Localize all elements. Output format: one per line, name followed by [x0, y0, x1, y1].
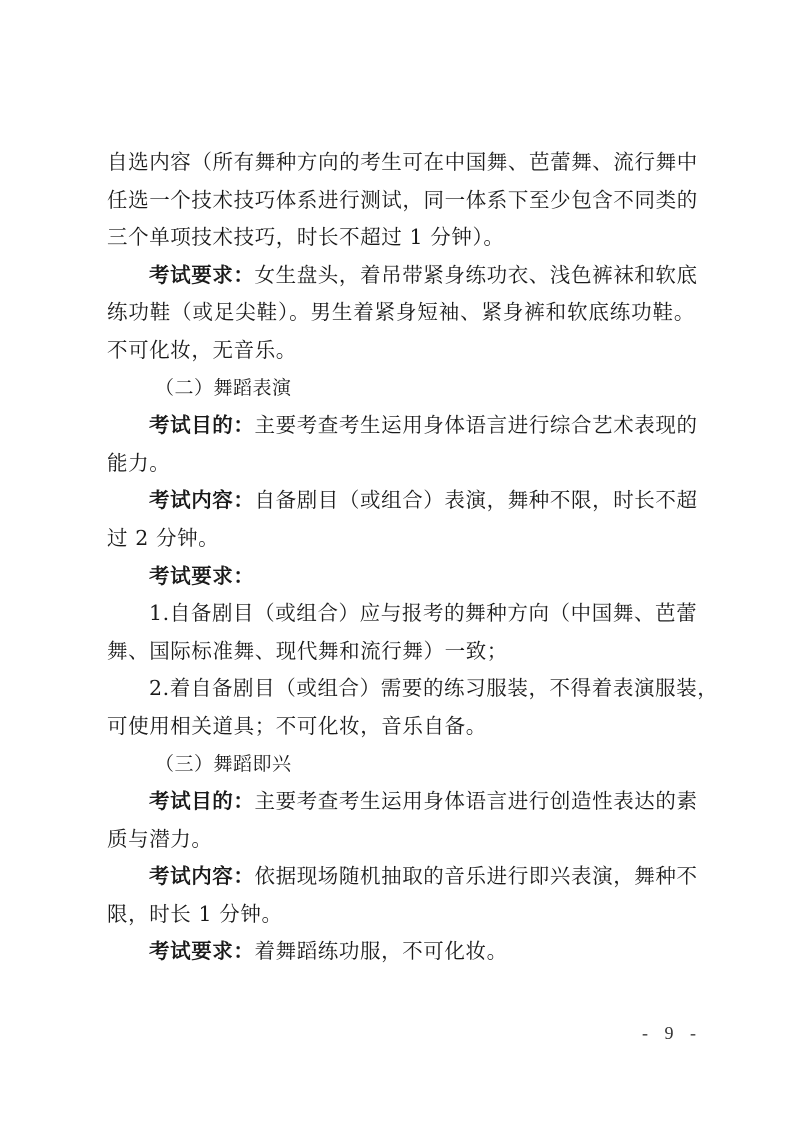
list-item-line: 可使用相关道具；不可化妆，音乐自备。: [107, 708, 695, 746]
label-exam-purpose: 考试目的：: [149, 789, 255, 813]
text-line: 质与潜力。: [107, 821, 695, 859]
paragraph-exam-purpose-2: 考试目的：主要考查考生运用身体语言进行综合艺术表现的 能力。: [107, 407, 695, 482]
label-exam-purpose: 考试目的：: [149, 413, 255, 437]
label-exam-requirements: 考试要求：: [107, 558, 695, 596]
label-exam-requirements: 考试要求：: [149, 263, 255, 287]
text-span: 主要考查考生运用身体语言进行创造性表达的素: [255, 789, 698, 813]
text-line: 自选内容（所有舞种方向的考生可在中国舞、芭蕾舞、流行舞中: [107, 144, 695, 182]
text-line: 考试要求：着舞蹈练功服，不可化妆。: [107, 933, 695, 971]
text-span: 依据现场随机抽取的音乐进行即兴表演，舞种不: [255, 864, 698, 888]
text-line: 不可化妆，无音乐。: [107, 332, 695, 370]
text-span: 自备剧目（或组合）表演，舞种不限，时长不超: [255, 488, 698, 512]
paragraph-exam-requirements-2: 考试要求： 1.自备剧目（或组合）应与报考的舞种方向（中国舞、芭蕾 舞、国际标准…: [107, 558, 695, 746]
text-line: 考试目的：主要考查考生运用身体语言进行创造性表达的素: [107, 783, 695, 821]
text-line: 考试要求：女生盘头，着吊带紧身练功衣、浅色裤袜和软底: [107, 257, 695, 295]
page-number: - 9 -: [642, 1023, 702, 1044]
paragraph-self-selected-content: 自选内容（所有舞种方向的考生可在中国舞、芭蕾舞、流行舞中 任选一个技术技巧体系进…: [107, 144, 695, 257]
label-exam-requirements: 考试要求：: [149, 939, 255, 963]
text-line: 三个单项技术技巧，时长不超过 1 分钟）。: [107, 219, 695, 257]
paragraph-exam-purpose-3: 考试目的：主要考查考生运用身体语言进行创造性表达的素 质与潜力。: [107, 783, 695, 858]
document-page: 自选内容（所有舞种方向的考生可在中国舞、芭蕾舞、流行舞中 任选一个技术技巧体系进…: [107, 144, 695, 971]
text-line: 限，时长 1 分钟。: [107, 896, 695, 934]
paragraph-exam-requirements-3: 考试要求：着舞蹈练功服，不可化妆。: [107, 933, 695, 971]
list-item-line: 1.自备剧目（或组合）应与报考的舞种方向（中国舞、芭蕾: [107, 595, 695, 633]
text-line: 练功鞋（或足尖鞋）。男生着紧身短袖、紧身裤和软底练功鞋。: [107, 294, 695, 332]
text-line: 任选一个技术技巧体系进行测试，同一体系下至少包含不同类的: [107, 182, 695, 220]
label-exam-content: 考试内容：: [149, 864, 255, 888]
paragraph-exam-content-3: 考试内容：依据现场随机抽取的音乐进行即兴表演，舞种不 限，时长 1 分钟。: [107, 858, 695, 933]
text-line: 考试目的：主要考查考生运用身体语言进行综合艺术表现的: [107, 407, 695, 445]
paragraph-exam-requirements-1: 考试要求：女生盘头，着吊带紧身练功衣、浅色裤袜和软底 练功鞋（或足尖鞋）。男生着…: [107, 257, 695, 370]
list-item-line: 舞、国际标准舞、现代舞和流行舞）一致；: [107, 633, 695, 671]
text-line: 过 2 分钟。: [107, 520, 695, 558]
section-heading-dance-performance: （二）舞蹈表演: [107, 370, 695, 408]
paragraph-exam-content-2: 考试内容：自备剧目（或组合）表演，舞种不限，时长不超 过 2 分钟。: [107, 482, 695, 557]
text-span: 女生盘头，着吊带紧身练功衣、浅色裤袜和软底: [255, 263, 698, 287]
text-line: 考试内容：依据现场随机抽取的音乐进行即兴表演，舞种不: [107, 858, 695, 896]
section-heading-dance-improvisation: （三）舞蹈即兴: [107, 746, 695, 784]
list-item-line: 2.着自备剧目（或组合）需要的练习服装，不得着表演服装，: [107, 670, 695, 708]
text-line: 能力。: [107, 445, 695, 483]
text-line: 考试内容：自备剧目（或组合）表演，舞种不限，时长不超: [107, 482, 695, 520]
text-span: 着舞蹈练功服，不可化妆。: [255, 939, 508, 963]
label-exam-content: 考试内容：: [149, 488, 255, 512]
text-span: 主要考查考生运用身体语言进行综合艺术表现的: [255, 413, 698, 437]
